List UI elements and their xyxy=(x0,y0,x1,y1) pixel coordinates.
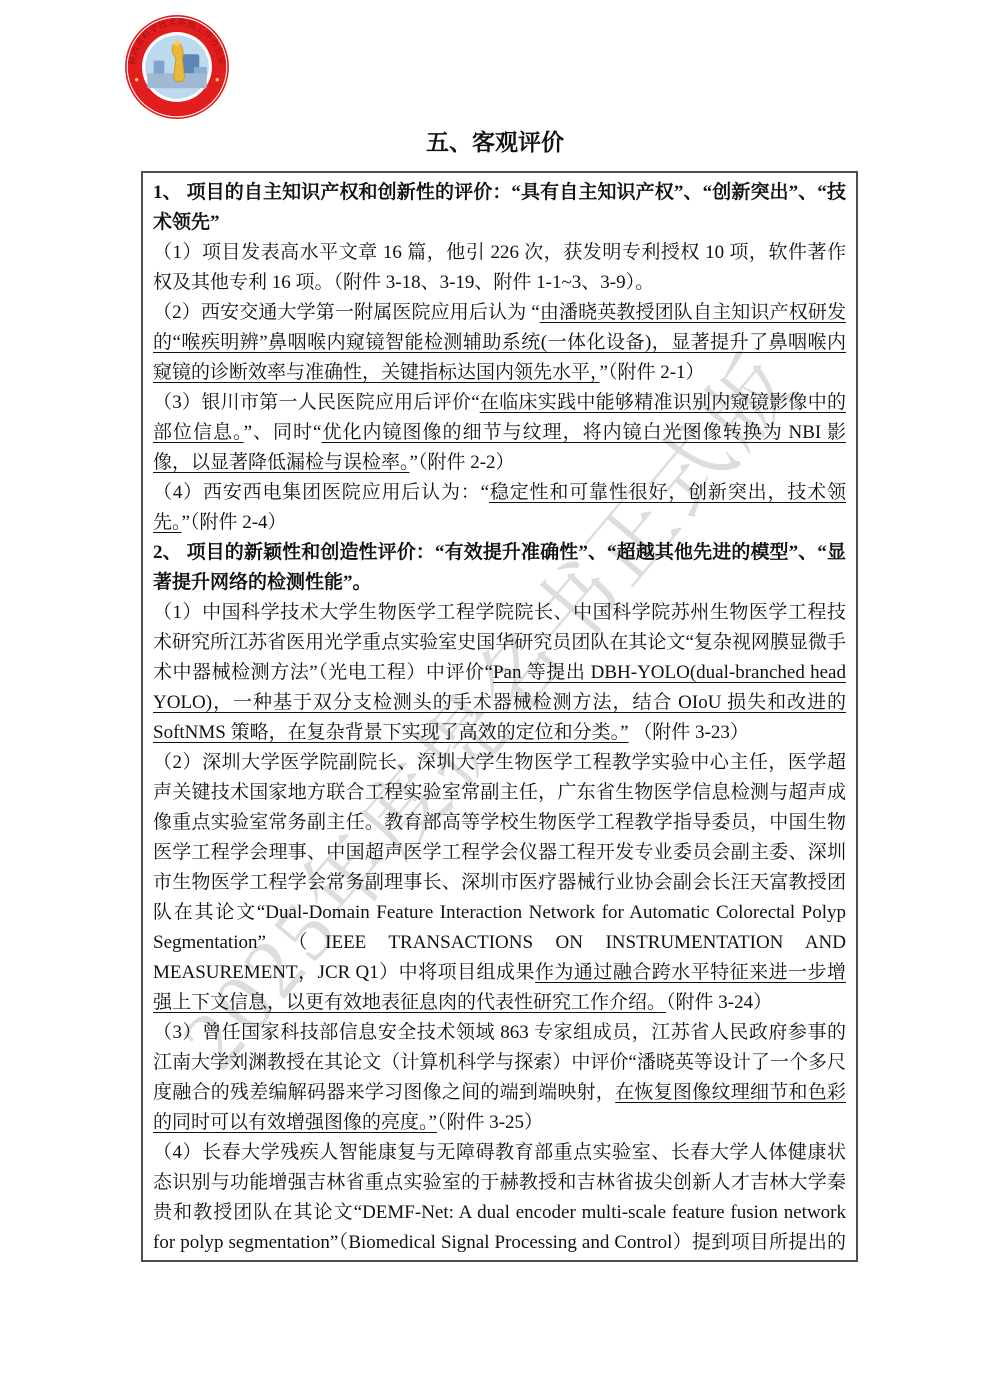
seal-graphic: 陕西省科学技术奖励工作办公室 xyxy=(124,14,230,120)
evaluation-table: 1、 项目的自主知识产权和创新性的评价：“具有自主知识产权”、“创新突出”、“技… xyxy=(141,171,858,1262)
paragraph-heading-2: 2、 项目的新颖性和创造性评价：“有效提升准确性”、“超越其他先进的模型”、“显… xyxy=(153,538,846,598)
text-segment: ”、同时“ xyxy=(244,422,322,443)
document-page: 陕西省科学技术奖励工作办公室 2025年度提名书正式版 五、客观评价 1、 项目… xyxy=(0,0,990,1399)
paragraph-2-3: （3）曾任国家科技部信息安全技术领域 863 专家组成员，江苏省人民政府参事的江… xyxy=(153,1018,846,1138)
page-title: 五、客观评价 xyxy=(0,124,990,157)
paragraph-1-3: （3）银川市第一人民医院应用后评价“在临床实践中能够精准识别内窥镜影像中的部位信… xyxy=(153,388,846,478)
text-segment: 1、 项目的自主知识产权和创新性的评价：“具有自主知识产权”、“创新突出”、“技… xyxy=(153,182,846,233)
paragraph-2-2: （2）深圳大学医学院副院长、深圳大学生物医学工程教学实验中心主任，医学超声关键技… xyxy=(153,748,846,1018)
text-segment: （3）银川市第一人民医院应用后评价“ xyxy=(153,392,480,413)
paragraph-2-4: （4）长春大学残疾人智能康复与无障碍教育部重点实验室、长春大学人体健康状态识别与… xyxy=(153,1138,846,1262)
award-office-seal: 陕西省科学技术奖励工作办公室 xyxy=(124,14,230,120)
text-segment: ”（附件 2-4） xyxy=(182,512,287,533)
paragraph-1-1: （1）项目发表高水平文章 16 篇，他引 226 次，获发明专利授权 10 项，… xyxy=(153,238,846,298)
text-segment: （附件 3-23） xyxy=(629,722,749,743)
paragraph-heading-1: 1、 项目的自主知识产权和创新性的评价：“具有自主知识产权”、“创新突出”、“技… xyxy=(153,178,846,238)
paragraph-2-1: （1）中国科学技术大学生物医学工程学院院长、中国科学院苏州生物医学工程技术研究所… xyxy=(153,598,846,748)
text-segment: （4）长春大学残疾人智能康复与无障碍教育部重点实验室、长春大学人体健康状态识别与… xyxy=(153,1142,846,1262)
text-segment: （2）深圳大学医学院副院长、深圳大学生物医学工程教学实验中心主任，医学超声关键技… xyxy=(153,752,846,983)
text-segment: （2）西安交通大学第一附属医院应用后认为 “ xyxy=(153,302,540,323)
text-segment: ”（附件 2-2） xyxy=(410,452,515,473)
paragraph-1-4: （4）西安西电集团医院应用后认为：“稳定性和可靠性很好，创新突出，技术领先。”（… xyxy=(153,478,846,538)
text-segment: 2、 项目的新颖性和创造性评价：“有效提升准确性”、“超越其他先进的模型”、“显… xyxy=(153,542,846,593)
text-segment: （1）项目发表高水平文章 16 篇，他引 226 次，获发明专利授权 10 项，… xyxy=(153,242,846,293)
paragraph-1-2: （2）西安交通大学第一附属医院应用后认为 “由潘晓英教授团队自主知识产权研发的“… xyxy=(153,298,846,388)
text-segment: （附件 3-24） xyxy=(666,992,772,1013)
text-segment: （4）西安西电集团医院应用后认为：“ xyxy=(153,482,489,503)
text-segment: ”（附件 2-1） xyxy=(600,362,705,383)
text-segment: （附件 3-25） xyxy=(437,1112,543,1133)
